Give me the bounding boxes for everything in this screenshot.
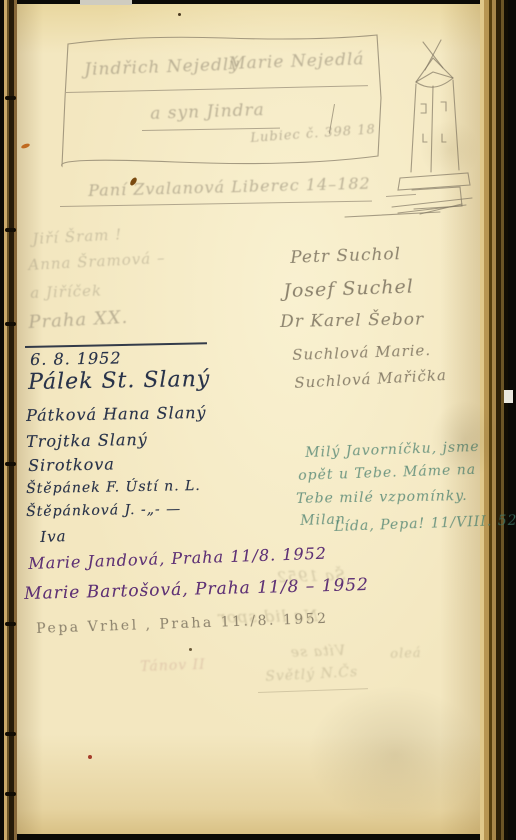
- stitch-mark: [5, 228, 16, 232]
- entry-praha-xx: Praha XX.: [28, 309, 129, 332]
- ink-speck: [178, 13, 181, 16]
- stitch-mark: [5, 732, 16, 736]
- lookout-tower-sketch: [340, 22, 480, 222]
- edge-notch: [504, 390, 513, 403]
- entry-sirotkova: Sirotkova: [28, 456, 115, 474]
- entry-a-jiricek: a Jiříček: [30, 283, 102, 300]
- stitch-mark: [5, 462, 16, 466]
- entry-petr-suchol: Petr Suchol: [290, 246, 401, 267]
- red-speck: [88, 755, 92, 759]
- ghost-mark: Ša 1952: [276, 568, 346, 585]
- photo-of-guestbook-page: Jindřich Nejedlý Marie Nejedlá a syn Jin…: [0, 0, 516, 840]
- ghost-mark: Víta se: [290, 644, 346, 660]
- entry-date-6-8-1952: 6. 8. 1952: [30, 350, 122, 368]
- stitch-mark: [5, 622, 16, 626]
- ghost-mark: Na lid spor: [217, 608, 318, 626]
- entry-palek-slany: Pálek St. Slaný: [28, 369, 210, 394]
- entry-iva: Iva: [40, 529, 67, 545]
- note-green-line3: Tebe milé vzpomínky.: [296, 489, 468, 506]
- paper-tab: [80, 0, 132, 5]
- book-fore-edge-pages: [480, 0, 508, 840]
- book-binding-gutter: [4, 0, 17, 840]
- entry-josef-suchel: Josef Suchel: [283, 277, 414, 301]
- ghost-mark: oleá: [390, 647, 422, 661]
- entry-patkova-hana: Pátková Hana Slaný: [26, 405, 207, 424]
- stitch-mark: [5, 322, 16, 326]
- speck: [189, 648, 192, 651]
- stitch-mark: [5, 96, 16, 100]
- entry-stepankova: Štěpánková J. -„- —: [26, 502, 181, 519]
- ghost-mark: Tánov II: [140, 658, 206, 674]
- stitch-mark: [5, 792, 16, 796]
- entry-trojtka-slany: Trojtka Slaný: [26, 432, 148, 450]
- entry-karel-sebor: Dr Karel Šebor: [280, 311, 424, 331]
- entry-stepanek-usti: Štěpánek F. Ústí n. L.: [26, 479, 201, 496]
- entry-a-syn-jindra: a syn Jindra: [150, 102, 265, 123]
